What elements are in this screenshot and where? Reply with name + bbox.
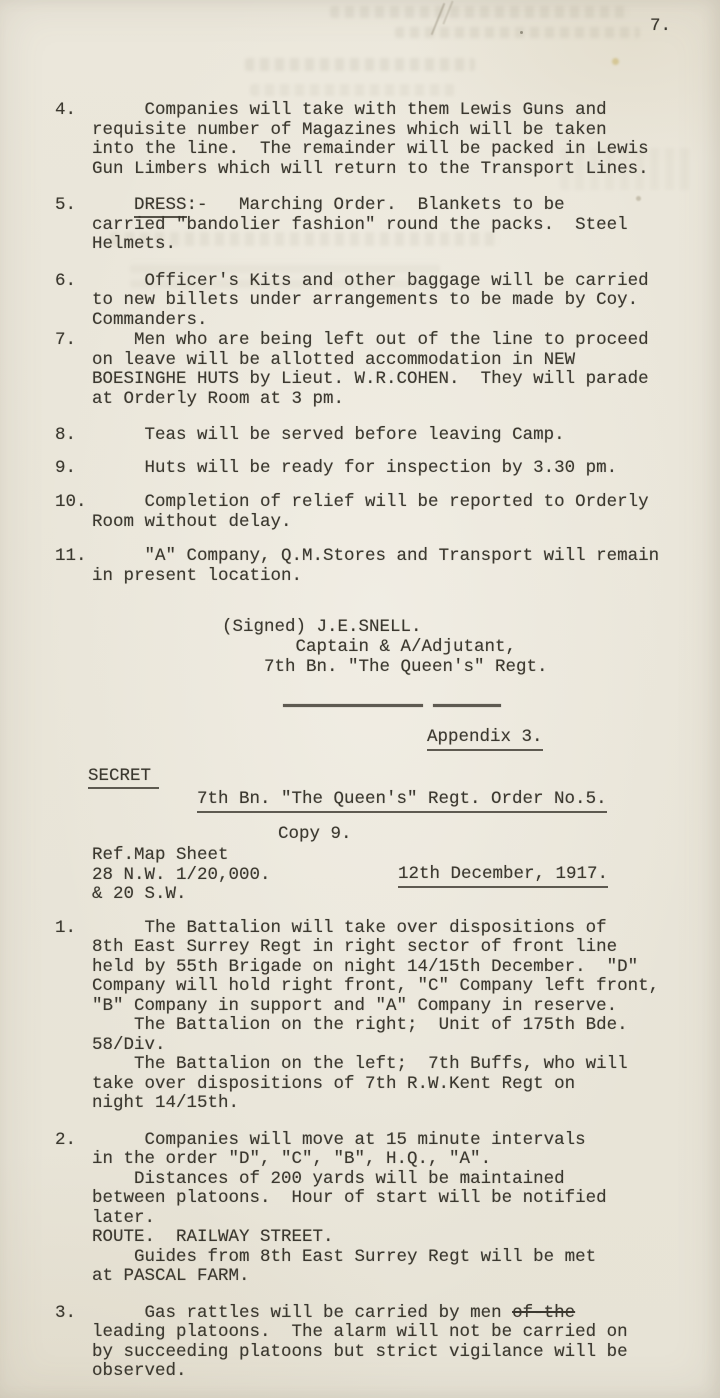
- item-text: "A" Company, Q.M.Stores and Transport wi…: [92, 547, 692, 586]
- divider-dash-short: [433, 704, 501, 707]
- order-item-8: 8. Teas will be served before leaving Ca…: [92, 426, 692, 446]
- order-item-6: 6. Officer's Kits and other baggage will…: [92, 272, 692, 331]
- item-text: Men who are being left out of the line t…: [92, 331, 692, 409]
- order-item-5: 5. DRESS:- Marching Order. Blankets to b…: [92, 196, 692, 255]
- item-number: 8.: [55, 426, 76, 446]
- order-date: 12th December, 1917.: [398, 865, 608, 888]
- page-number: 7.: [650, 17, 671, 37]
- document-page: 7. 4. Companies will take with them Lewi…: [0, 0, 720, 1398]
- appendix-item-2: 2. Companies will move at 15 minute inte…: [92, 1131, 692, 1287]
- struck-out-text: of-the: [512, 1303, 575, 1323]
- signature-block: (Signed) J.E.SNELL. Captain & A/Adjutant…: [222, 617, 720, 677]
- order-item-4: 4. Companies will take with them Lewis G…: [92, 101, 692, 179]
- appendix-item-1: 1. The Battalion will take over disposit…: [92, 919, 692, 1114]
- item-number: 1.: [55, 919, 76, 939]
- appendix-item-3: 3. Gas rattles will be carried by men of…: [92, 1304, 692, 1382]
- indent-spaces: [92, 195, 134, 215]
- item-text: Teas will be served before leaving Camp.: [92, 426, 692, 446]
- item-text: The Battalion will take over disposition…: [92, 919, 692, 1114]
- divider-dash-long: [283, 704, 423, 707]
- item-number: 5.: [55, 196, 76, 216]
- item-number: 6.: [55, 272, 76, 292]
- item-number: 11.: [55, 547, 87, 567]
- paper-stain: [612, 58, 619, 65]
- item-number: 2.: [55, 1131, 76, 1151]
- order-title: 7th Bn. "The Queen's" Regt. Order No.5.: [197, 790, 607, 813]
- appendix-heading: Appendix 3.: [427, 728, 543, 751]
- item-text: Completion of relief will be reported to…: [92, 493, 692, 532]
- item-text: Companies will take with them Lewis Guns…: [92, 101, 692, 179]
- bleed-through-smudge: [250, 84, 455, 96]
- item-text: DRESS:- Marching Order. Blankets to beca…: [92, 196, 692, 255]
- item-text: Officer's Kits and other baggage will be…: [92, 272, 692, 331]
- order-item-7: 7. Men who are being left out of the lin…: [92, 331, 692, 409]
- order-item-11: 11. "A" Company, Q.M.Stores and Transpor…: [92, 547, 692, 586]
- order-item-10: 10. Completion of relief will be reporte…: [92, 493, 692, 532]
- item-number: 9.: [55, 459, 76, 479]
- copy-number: Copy 9.: [278, 825, 720, 845]
- section-divider: [283, 704, 720, 707]
- item-text: Gas rattles will be carried by men of-th…: [92, 1304, 692, 1382]
- item-number: 7.: [55, 331, 76, 351]
- item-number: 10.: [55, 493, 87, 513]
- item-text: Huts will be ready for inspection by 3.3…: [92, 459, 692, 479]
- reference-row: Ref.Map Sheet 28 N.W. 1/20,000. & 20 S.W…: [92, 846, 692, 905]
- order-item-9: 9. Huts will be ready for inspection by …: [92, 459, 692, 479]
- document-body: 4. Companies will take with them Lewis G…: [0, 101, 720, 1382]
- paper-stain: [520, 31, 523, 34]
- bleed-through-smudge: [245, 58, 475, 71]
- item-text-continued: carried "bandolier fashion" round the pa…: [92, 216, 692, 255]
- item-text-continued: leading platoons. The alarm will not be …: [92, 1323, 692, 1382]
- item-text-before-strike: Gas rattles will be carried by men: [92, 1303, 512, 1323]
- classification-secret: SECRET: [88, 767, 159, 790]
- item-text: Companies will move at 15 minute interva…: [92, 1131, 692, 1287]
- bleed-through-smudge: [330, 6, 630, 18]
- dress-line-rest: :- Marching Order. Blankets to be: [187, 195, 565, 215]
- item-number: 4.: [55, 101, 76, 121]
- item-number: 3.: [55, 1304, 76, 1324]
